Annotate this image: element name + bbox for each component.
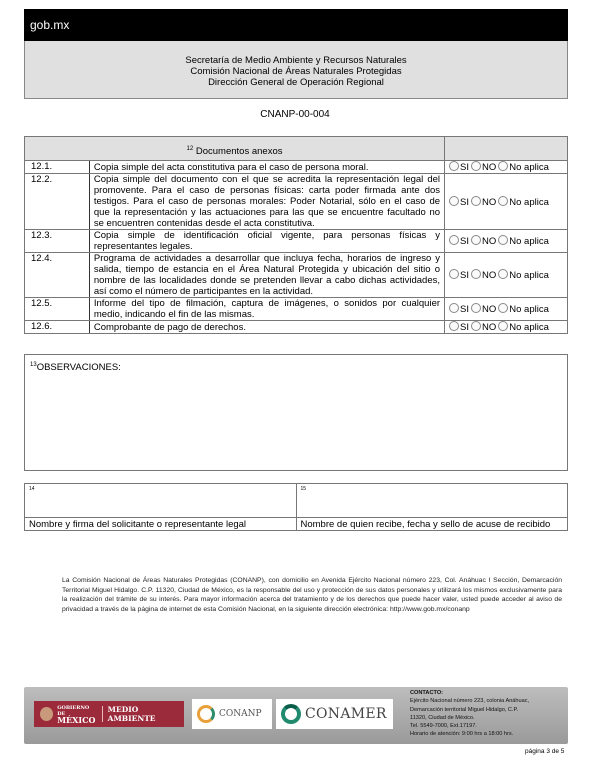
document-description: Informe del tipo de filmación, captura d… (89, 298, 444, 321)
document-row: 12.1.Copia simple del acta constitutiva … (25, 161, 568, 174)
radio-no[interactable] (471, 269, 481, 279)
radio-label-no: NO (482, 270, 496, 281)
receiver-signature-field[interactable]: 15 (296, 484, 568, 518)
radio-si[interactable] (449, 321, 459, 331)
form-code: CNANP-00-004 (0, 109, 590, 120)
document-row: 12.6.Comprobante de pago de derechos.SIN… (25, 321, 568, 334)
applicant-signature-label: Nombre y firma del solicitante o represe… (25, 518, 297, 531)
documents-title: 12 Documentos anexos (25, 137, 445, 161)
signature-table: 14 15 Nombre y firma del solicitante o r… (24, 483, 568, 531)
radio-label-no: NO (482, 162, 496, 173)
applicant-signature-field[interactable]: 14 (25, 484, 297, 518)
radio-label-si: SI (460, 304, 469, 315)
document-description: Comprobante de pago de derechos. (89, 321, 444, 334)
radio-na[interactable] (498, 269, 508, 279)
document-row: 12.4.Programa de actividades a desarroll… (25, 253, 568, 298)
document-number: 12.5. (25, 298, 90, 321)
contact-info: CONTACTO: Ejército Nacional número 223, … (410, 689, 565, 739)
observations-field[interactable]: 13OBSERVACIONES: (24, 354, 568, 471)
contact-line: 11320, Ciudad de México. (410, 714, 565, 722)
radio-si[interactable] (449, 196, 459, 206)
header-line-3: Dirección General de Operación Regional (25, 77, 567, 88)
radio-label-na: No aplica (509, 304, 549, 315)
document-options: SINONo aplica (445, 321, 568, 334)
document-number: 12.4. (25, 253, 90, 298)
brand-label[interactable]: gob.mx (30, 18, 69, 32)
radio-label-si: SI (460, 162, 469, 173)
radio-label-na: No aplica (509, 197, 549, 208)
contact-line: Demarcación territorial Miguel Hidalgo, … (410, 706, 565, 714)
document-number: 12.3. (25, 230, 90, 253)
agency-header: Secretaría de Medio Ambiente y Recursos … (24, 41, 568, 99)
document-options: SINONo aplica (445, 298, 568, 321)
national-seal-icon (40, 707, 53, 721)
receiver-signature-label: Nombre de quien recibe, fecha y sello de… (296, 518, 568, 531)
top-bar: gob.mx (24, 9, 568, 41)
header-line-1: Secretaría de Medio Ambiente y Recursos … (25, 55, 567, 66)
document-options: SINONo aplica (445, 230, 568, 253)
radio-label-si: SI (460, 197, 469, 208)
page-number: página 3 de 5 (525, 748, 564, 755)
radio-no[interactable] (471, 235, 481, 245)
conanp-emblem-icon (197, 705, 215, 723)
privacy-notice: La Comisión Nacional de Áreas Naturales … (62, 576, 562, 614)
observations-label: OBSERVACIONES: (37, 362, 121, 373)
document-description: Programa de actividades a desarrollar qu… (89, 253, 444, 298)
radio-na[interactable] (498, 321, 508, 331)
radio-label-na: No aplica (509, 322, 549, 333)
radio-no[interactable] (471, 321, 481, 331)
gobierno-mexico-logo: GOBIERNO DEMÉXICO MEDIO AMBIENTE (34, 701, 184, 727)
conamer-emblem-icon (281, 704, 301, 724)
radio-label-si: SI (460, 270, 469, 281)
radio-label-si: SI (460, 236, 469, 247)
radio-no[interactable] (471, 161, 481, 171)
document-options: SINONo aplica (445, 161, 568, 174)
document-row: 12.2.Copia simple del documento con el q… (25, 174, 568, 230)
radio-label-no: NO (482, 322, 496, 333)
contact-line: Horario de atención: 9:00 hrs a 18:00 hr… (410, 730, 565, 738)
documents-table: 12 Documentos anexos 12.1.Copia simple d… (24, 136, 568, 334)
radio-si[interactable] (449, 269, 459, 279)
conamer-logo: CONAMER (276, 699, 393, 729)
radio-label-na: No aplica (509, 236, 549, 247)
document-options: SINONo aplica (445, 253, 568, 298)
document-description: Copia simple del documento con el que se… (89, 174, 444, 230)
document-number: 12.2. (25, 174, 90, 230)
header-line-2: Comisión Nacional de Áreas Naturales Pro… (25, 66, 567, 77)
options-header (445, 137, 568, 161)
document-options: SINONo aplica (445, 174, 568, 230)
radio-na[interactable] (498, 196, 508, 206)
radio-no[interactable] (471, 196, 481, 206)
radio-na[interactable] (498, 303, 508, 313)
contact-line: Tel. 5549-7000, Ext.17197. (410, 722, 565, 730)
document-number: 12.6. (25, 321, 90, 334)
observations-num: 13 (30, 362, 37, 368)
document-row: 12.5.Informe del tipo de filmación, capt… (25, 298, 568, 321)
radio-label-si: SI (460, 322, 469, 333)
document-number: 12.1. (25, 161, 90, 174)
document-description: Copia simple de identificación oficial v… (89, 230, 444, 253)
radio-label-no: NO (482, 236, 496, 247)
radio-na[interactable] (498, 235, 508, 245)
conanp-logo: CONANP (192, 699, 272, 729)
radio-label-no: NO (482, 197, 496, 208)
radio-si[interactable] (449, 235, 459, 245)
radio-na[interactable] (498, 161, 508, 171)
document-row: 12.3.Copia simple de identificación ofic… (25, 230, 568, 253)
contact-line: Ejército Nacional número 223, colonia An… (410, 697, 565, 705)
radio-si[interactable] (449, 161, 459, 171)
radio-label-na: No aplica (509, 162, 549, 173)
radio-label-na: No aplica (509, 270, 549, 281)
document-description: Copia simple del acta constitutiva para … (89, 161, 444, 174)
radio-no[interactable] (471, 303, 481, 313)
radio-label-no: NO (482, 304, 496, 315)
radio-si[interactable] (449, 303, 459, 313)
footer-banner: GOBIERNO DEMÉXICO MEDIO AMBIENTE CONANP … (24, 687, 568, 744)
